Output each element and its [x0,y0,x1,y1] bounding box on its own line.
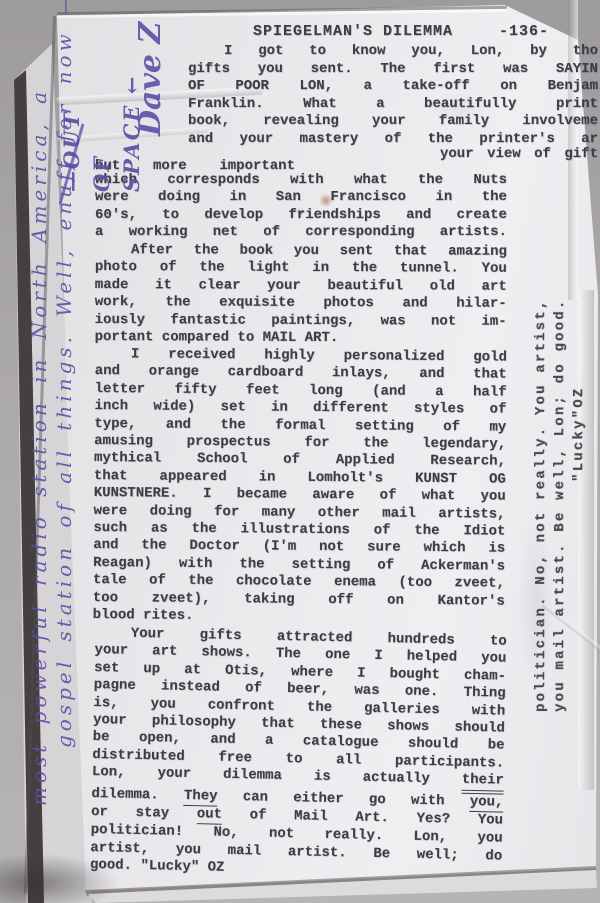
handwriting-line: OF [87,24,117,192]
word: your [440,146,474,164]
word: personalized [344,348,445,366]
paragraph: Yourgiftsattractedhundredstoyourartshows… [90,625,507,883]
typed-line: Franklin.Whatabeautifullyprint [188,96,598,114]
word: and [166,416,191,434]
typed-line: andtheDoctor(I'mnotsurewhichis [93,538,505,559]
word: taking [244,591,295,609]
typed-line: photoofthelightinthetunnel.You [95,259,507,278]
handwriting-line: gospel station of all things. Well, enuf… [52,90,77,806]
word: in [271,400,288,418]
word: mastery [299,131,358,149]
word: aware [312,487,354,505]
word: OZ [207,859,224,875]
word: other [318,505,360,523]
typed-line: Afterthebookyousentthatamazing [95,242,507,261]
word: styles [414,401,465,419]
word: stay [135,805,169,824]
word: the [418,172,443,189]
word: artists, [438,506,505,524]
word: that [94,468,128,486]
word: What [303,96,337,114]
word: off [328,592,353,610]
word: shows [387,718,429,736]
typed-line: inchwide)setindifferentstylesof [94,398,506,419]
word: net [213,224,238,241]
word: and [210,731,236,749]
word: photos [323,295,373,313]
letter-body: whichcorrespondswithwhattheNutsweredoing… [95,172,507,874]
word: on [500,78,517,96]
word: 60's, [95,207,137,224]
word: and [402,295,427,313]
word: formal [275,417,326,435]
word: view [487,146,521,164]
word: the [414,523,439,541]
word: Idiot [463,523,505,541]
word: was [380,312,405,330]
word: your [240,131,274,149]
word: tho [573,43,598,61]
paragraph-first: Igottoknowyou,Lon,bythogiftsyousent.Thef… [188,43,598,148]
word: with [290,172,324,189]
word: helped [406,649,457,667]
word: well; [417,846,459,864]
word: participants. [395,753,505,773]
handwriting-line: most powerful radio station in North Ame… [27,90,52,806]
word: chocolate [236,574,312,592]
word: should [408,736,459,754]
word: develop [204,207,263,224]
word: hilar- [456,295,506,313]
word: that [261,715,295,733]
word: a [265,733,274,751]
word: legendary, [422,436,506,454]
word: the [194,242,219,260]
word: to [490,633,507,651]
word: open, [139,730,181,748]
word: of [534,146,551,164]
word: KUNSTNERE. [94,485,178,503]
word: (I'm [263,539,297,557]
word: you [294,242,319,260]
word: fifty [174,382,216,400]
word: you [477,830,503,848]
word: to [309,43,326,61]
typed-line: madeitclearyourbeautifuloldart [95,276,507,295]
word: Art. [355,809,389,828]
typed-line: book,revealingyourfamilyinvolveme [188,113,598,131]
word: San [276,189,301,206]
word: is, [93,694,119,712]
word: of [160,259,177,276]
word: the [141,538,166,556]
word: Otis, [225,662,267,680]
word: to [162,207,179,224]
word: You [482,261,507,279]
word: your [94,642,128,660]
word: corresponds [167,172,259,189]
word: you [176,841,202,859]
word: the [199,259,224,277]
typed-line: mythicalSchoolofAppliedResearch, [94,450,506,471]
word: be [92,729,109,747]
word: of [374,523,391,541]
word: made [95,276,129,294]
word: doing [158,189,200,206]
word: your [372,113,406,131]
word: I [357,665,366,683]
word: know [352,43,386,61]
handwritten-signature: Dave Z [133,18,185,136]
word: After [131,242,173,260]
word: light [247,260,289,278]
word: gold [473,349,507,367]
word: The [276,646,302,664]
word: catalogue [303,733,379,752]
word: what [422,488,456,506]
word: orange [149,364,200,382]
word: rites. [143,608,194,624]
word: gifts [199,627,241,645]
word: letter [95,381,146,399]
word: the [239,556,264,574]
word: Reagan) [93,555,152,573]
word: beautiful [327,277,403,295]
word: mail [382,505,416,523]
word: the [482,189,507,206]
typed-line: giftsyousent.ThefirstwasSAYIN [188,61,598,79]
word: a [95,224,103,241]
word: Mail [294,808,328,827]
word: with [471,702,505,720]
word: Kantor's [437,593,504,611]
word: print [556,96,598,114]
word: the [307,699,333,717]
word: in [230,189,247,206]
word: do [485,848,502,866]
typed-line: yourviewofgift [440,146,598,164]
word: too [93,590,118,608]
word: that [473,367,507,385]
word: you [480,489,505,507]
word: or [91,804,108,823]
word: a [435,384,444,401]
paragraph: whichcorrespondswithwhattheNutsweredoing… [95,172,507,242]
word: such [93,520,127,538]
typed-line: andorangecardboardinlays,andthat [95,363,507,384]
word: confront [208,697,276,716]
word: your [157,765,191,787]
word: feet [246,382,280,400]
typed-line: 60's,todevelopfriendshipsandcreate [95,207,507,224]
document-title: SPIEGELMAN'S DILEMMA -136- [253,23,549,40]
word: to [237,329,254,345]
word: and [188,131,213,149]
word: Thing [463,685,505,703]
word: of [489,402,506,420]
word: long [309,383,343,401]
word: one [325,647,351,665]
typed-line: iouslyfantasticpaintings,wasnotim- [95,311,507,330]
photographed-letter: SPIEGELMAN'S DILEMMA -136- Igottoknowyou… [0,0,600,903]
typed-line: portant compared to MAIL ART. [95,329,507,348]
word: inlays, [332,366,391,384]
page-number: -136- [499,23,549,40]
word: out [197,806,223,825]
word: No, [213,825,239,843]
word: illustrations [240,521,349,539]
word: OF [188,78,205,96]
word: appeared [159,468,226,486]
word: art [152,643,178,661]
word: not [319,539,344,557]
word: photo [95,259,137,277]
word: gifts [188,61,230,79]
word: instead [161,678,220,697]
word: Lon, [92,764,126,786]
word: the [191,521,216,539]
word: (too [398,575,432,593]
word: amusing [94,433,153,451]
word: the [188,573,213,591]
word: the [352,260,377,278]
word: of [377,557,394,575]
word: a [376,96,384,114]
typed-line: aworkingnetofcorrespondingartists. [95,224,507,241]
word: politician! [91,822,184,841]
word: I [131,346,140,363]
word: dilemma. [91,785,159,805]
typed-line: work,theexquisitephotosandhilar- [95,294,507,313]
word: half [473,384,507,402]
word: "Lucky" [140,858,199,875]
word: book, [188,113,230,131]
word: hundreds [387,631,455,650]
word: galleries [364,700,440,719]
word: im- [481,313,506,331]
word: was [503,61,528,79]
word: fantastic [170,312,246,330]
word: Doctor [189,538,240,556]
typed-line: weredoinginSanFranciscointhe [95,189,507,206]
word: you, [470,793,504,812]
word: which [423,540,465,558]
word: zveet, [454,575,505,593]
word: all [336,751,362,769]
word: POOR [235,78,269,96]
word: free [218,749,252,767]
word: sent [340,243,374,261]
word: Francisco [330,189,406,206]
word: and [406,207,431,224]
typed-line: whichcorrespondswithwhattheNuts [95,172,507,189]
word: ART. [305,330,339,346]
word: actually [362,769,430,792]
word: of [245,680,262,698]
word: Ackerman's [421,558,505,576]
word: became [237,487,288,505]
word: Research, [430,453,506,471]
word: my [489,419,506,437]
word: these [320,716,362,734]
word: cham- [464,667,506,685]
word: corresponding [305,224,414,241]
word: paintings, [271,312,355,330]
word: art [482,278,507,296]
word: amazing [448,243,507,261]
word: to [285,750,302,768]
word: KUNST [415,471,457,489]
word: that [394,243,428,261]
word: Lomholt's [307,470,383,488]
word: was [354,682,380,700]
word: I [224,43,232,61]
typed-line: OFPOORLON,atake-offonBenjam [188,78,598,96]
word: of [249,807,266,826]
word: at [184,661,201,679]
word: in [435,189,452,206]
word: in [312,260,329,277]
word: sure [367,540,401,558]
word: by [530,43,547,61]
typed-line: Igottoknowyou,Lon,bytho [188,43,598,61]
word: friendships [288,207,380,224]
word: pagne [94,677,136,695]
word: inch [94,398,128,416]
word: exquisite [219,294,295,312]
word: what [354,172,388,189]
word: your [93,712,127,730]
word: of [385,131,402,149]
word: with [411,792,445,811]
word: compared [162,329,229,345]
typed-line: blood rites. [93,607,505,628]
word: for [214,504,239,522]
word: mythical [94,450,161,468]
word: School [197,451,248,469]
word: good. [90,857,132,874]
word: artist, [90,839,149,858]
word: clear [198,277,240,295]
title-text: SPIEGELMAN'S DILEMMA [253,23,453,40]
word: setting [355,418,414,436]
word: setting [291,557,350,575]
word: your [267,277,301,295]
side-note-signoff: "Lucky"OZ [570,276,589,712]
word: is [314,768,331,790]
word: tale [93,572,127,590]
word: dilemma [223,767,282,790]
word: highly [264,348,315,366]
word: their [462,772,504,794]
word: you [258,61,283,79]
word: in [259,469,276,487]
word: attracted [277,628,353,647]
word: and [93,538,118,556]
word: first [433,61,475,79]
word: of [379,488,396,506]
word: one. [405,683,439,701]
word: LON, [299,78,333,96]
word: of [443,419,460,437]
word: received [168,347,235,365]
word: a [364,78,372,96]
word: bought [389,666,440,684]
word: can [243,788,269,807]
word: Your [131,625,165,643]
word: You [478,812,504,831]
word: tunnel. [400,260,459,278]
word: Nuts [473,172,507,189]
word: Benjam [548,78,598,96]
word: for [304,435,329,453]
word: artist. [288,844,347,863]
word: old [430,278,455,296]
word: Yes? [416,810,450,829]
word: of [263,224,280,241]
word: artists. [440,224,507,241]
word: take-off [403,78,470,96]
word: different [313,400,389,418]
word: I [374,648,383,666]
split-line-right: yourviewofgift [440,146,598,164]
word: revealing [263,113,339,131]
word: prospectus [187,434,271,452]
word: involveme [522,113,598,131]
word: book [239,242,273,260]
word: type, [94,416,136,434]
word: iously [95,311,145,329]
word: doing [150,503,192,521]
word: set [220,399,245,417]
word: the [363,435,388,453]
word: create [457,207,507,224]
word: were [93,503,127,521]
word: OG [489,471,506,489]
word: you, [411,43,445,61]
word: set [94,659,120,677]
word: The [380,61,405,79]
word: should [454,719,505,737]
word: work, [95,294,137,312]
word: working [129,224,188,241]
word: shows. [201,644,252,662]
word: beautifully [424,96,516,114]
word: the [165,294,190,312]
word: family [439,113,489,131]
word: really. [324,827,383,846]
word: of [149,573,166,591]
word: where [291,663,333,681]
word: blood [93,607,135,623]
paragraph: Afterthebookyousentthatamazingphotoofthe… [95,242,507,348]
word: with [179,556,213,574]
word: Applied [336,453,395,471]
word: and [419,366,444,384]
side-note-line: you mail artist. Be well, Lon; do good. [551,276,570,712]
word: it [155,277,172,294]
word: They [184,787,218,806]
word: Lon, [471,43,505,61]
word: were [95,189,129,206]
word: portant [95,329,154,345]
word: got [258,43,283,61]
word: many [262,504,296,522]
word: (and [372,383,406,401]
word: Lon, [413,829,447,847]
word: up [143,660,160,678]
word: of [283,452,300,470]
